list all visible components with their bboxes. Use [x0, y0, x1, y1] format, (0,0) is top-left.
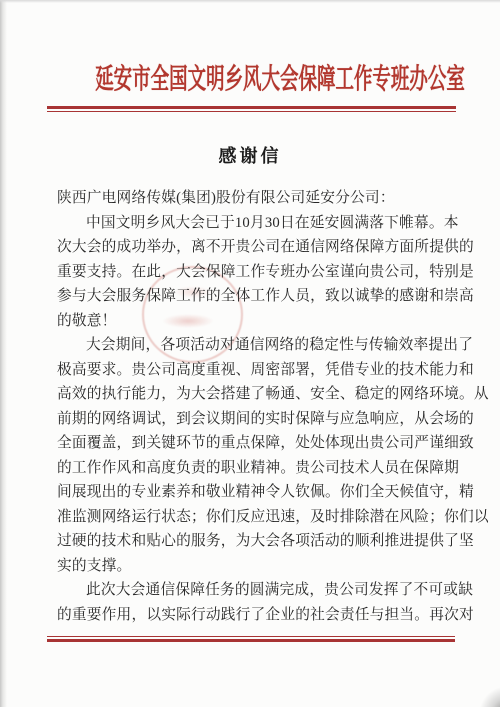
body-line: 参与大会服务保障工作的全体工作人员，致以诚挚的感谢和崇高	[57, 284, 457, 309]
body-line: 的敬意！	[57, 309, 457, 334]
body-line: 中国文明乡风大会已于10月30日在延安圆满落下帷幕。本	[57, 211, 457, 236]
scan-edge-top	[0, 0, 500, 3]
body-line: 过硬的技术和贴心的服务，为大会各项活动的顺利推进提供了坚	[57, 529, 457, 554]
body-line: 次大会的成功举办，离不开贵公司在通信网络保障方面所提供的	[57, 235, 457, 260]
body-line: 实的支撑。	[57, 554, 457, 579]
document-title: 感谢信	[0, 142, 500, 168]
footer-divider-rule	[47, 636, 455, 642]
body-line: 间展现出的专业素养和敬业精神令人钦佩。你们全天候值守，精	[57, 480, 457, 505]
body-line: 的工作作风和高度负责的职业精神。贵公司技术人员在保障期	[57, 456, 457, 481]
scanned-letter-page: 延安市全国文明乡风大会保障工作专班办公室 感谢信 陕西广电网络传媒(集团)股份有…	[0, 0, 500, 707]
body-line: 准监测网络运行状态；你们反应迅速，及时排除潜在风险；你们以	[57, 505, 457, 530]
letterhead-title: 延安市全国文明乡风大会保障工作专班办公室	[0, 64, 500, 96]
body-line: 的重要作用，以实际行动践行了企业的社会责任与担当。再次对	[57, 603, 457, 628]
body-line: 陕西广电网络传媒(集团)股份有限公司延安分公司：	[57, 186, 457, 211]
body-line: 前期的网络调试，到会议期间的实时保障与应急响应，从会场的	[57, 407, 457, 432]
letterhead-text: 延安市全国文明乡风大会保障工作专班办公室	[95, 64, 465, 96]
body-line: 全面覆盖，到关键环节的重点保障，处处体现出贵公司严谨细致	[57, 431, 457, 456]
body-line: 大会期间，各项活动对通信网络的稳定性与传输效率提出了	[57, 333, 457, 358]
body-line: 高效的执行能力，为大会搭建了畅通、安全、稳定的网络环境。从	[57, 382, 457, 407]
body-line: 此次大会通信保障任务的圆满完成，贵公司发挥了不可或缺	[57, 578, 457, 603]
letter-body: 陕西广电网络传媒(集团)股份有限公司延安分公司：中国文明乡风大会已于10月30日…	[57, 186, 457, 627]
body-line: 极高要求。贵公司高度重视、周密部署，凭借专业的技术能力和	[57, 358, 457, 383]
letterhead-divider-rule	[47, 106, 456, 112]
scan-edge-left	[0, 0, 7, 707]
body-line: 重要支持。在此，大会保障工作专班办公室谨向贵公司，特别是	[57, 260, 457, 285]
scan-shadow-corner	[480, 687, 500, 707]
